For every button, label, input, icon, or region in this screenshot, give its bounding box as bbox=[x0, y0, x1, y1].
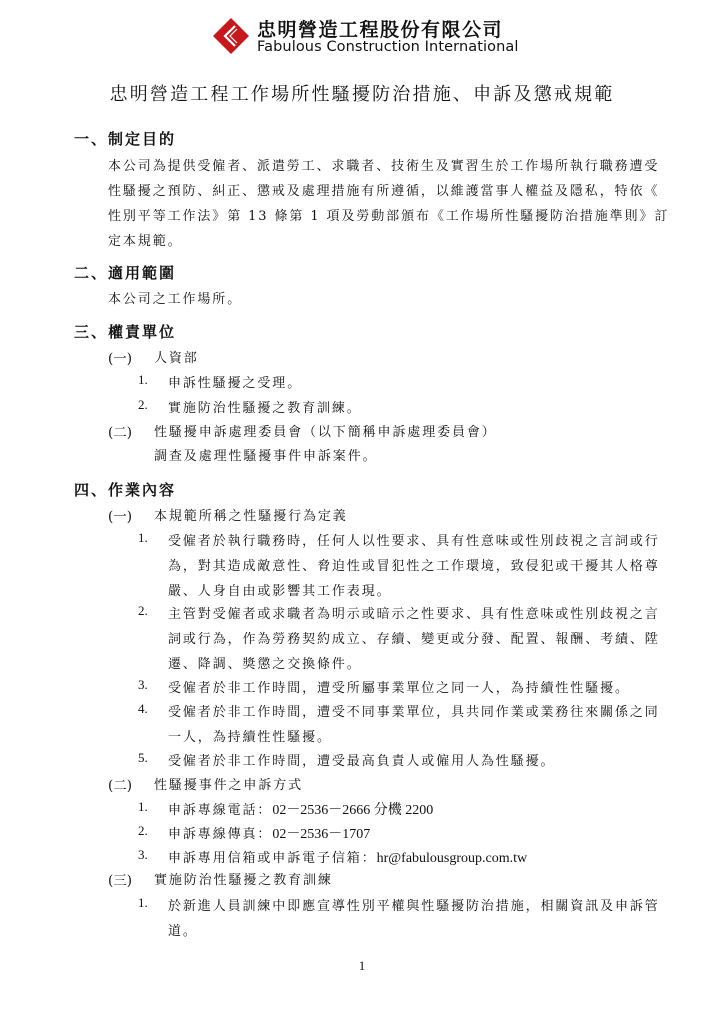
subsection-title: 性騷擾事件之申訴方式 bbox=[154, 774, 303, 793]
complaint-phone-label: 申訴專線電話： bbox=[168, 803, 272, 818]
subsection-line: 調查及處理性騷擾事件申訴案件。 bbox=[154, 445, 378, 464]
company-logo-icon bbox=[213, 18, 249, 54]
section-heading-operations: 四、作業內容 bbox=[74, 479, 176, 500]
item-line: 嚴、人身自由或影響其工作表現。 bbox=[168, 580, 392, 599]
item-line: 一人，為持續性性騷擾。 bbox=[168, 726, 332, 745]
paragraph-line: 性別平等工作法》第 13 條第 1 項及勞動部頒布《工作場所性騷擾防治措施準則》… bbox=[108, 205, 669, 224]
item-number: 5. bbox=[138, 750, 148, 766]
complaint-email-link[interactable]: hr@fabulousgroup.com.tw bbox=[377, 851, 528, 866]
company-name-en: Fabulous Construction International bbox=[257, 39, 519, 55]
item-number: 1. bbox=[138, 372, 148, 388]
section-heading-responsible-units: 三、權責單位 bbox=[74, 321, 176, 342]
item-line: 主管對受僱者或求職者為明示或暗示之性要求、具有性意味或性別歧視之言 bbox=[168, 603, 660, 622]
item-number: 2. bbox=[138, 397, 148, 413]
paragraph-line: 性騷擾之預防、糾正、懲戒及處理措施有所遵循，以維護當事人權益及隱私，特依《 bbox=[108, 180, 659, 199]
paragraph-line: 定本規範。 bbox=[108, 230, 183, 249]
item-line: 受僱者於非工作時間，遭受所屬事業單位之同一人，為持續性性騷擾。 bbox=[168, 677, 630, 696]
section-heading-scope: 二、適用範圍 bbox=[74, 262, 176, 283]
subsection-marker: (二) bbox=[108, 421, 132, 441]
item-number: 1. bbox=[138, 895, 148, 911]
item-number: 1. bbox=[138, 799, 148, 815]
page-number: 1 bbox=[0, 958, 724, 974]
section-heading-purpose: 一、制定目的 bbox=[74, 128, 176, 149]
paragraph-line: 本公司為提供受僱者、派遣勞工、求職者、技術生及實習生於工作場所執行職務遭受 bbox=[108, 155, 659, 174]
item-line: 受僱者於執行職務時，任何人以性要求、具有性意味或性別歧視之言詞或行 bbox=[168, 530, 660, 549]
item-line: 遷、降調、獎懲之交換條件。 bbox=[168, 653, 362, 672]
item-line: 於新進人員訓練中即應宣導性別平權與性騷擾防治措施，相關資訊及申訴管 bbox=[168, 895, 660, 914]
item-number: 4. bbox=[138, 701, 148, 717]
subsection-title: 人資部 bbox=[154, 347, 199, 366]
letterhead: 忠明營造工程股份有限公司 Fabulous Construction Inter… bbox=[213, 12, 523, 58]
complaint-phone: 申訴專線電話：02－2536－2666 分機 2200 bbox=[168, 799, 433, 819]
item-number: 2. bbox=[138, 603, 148, 619]
complaint-phone-value: 02－2536－2666 分機 2200 bbox=[272, 803, 433, 818]
item-line: 受僱者於非工作時間，遭受最高負責人或僱用人為性騷擾。 bbox=[168, 750, 555, 769]
item-number: 2. bbox=[138, 823, 148, 839]
subsection-marker: (一) bbox=[108, 347, 132, 367]
company-name-zh: 忠明營造工程股份有限公司 bbox=[257, 15, 503, 42]
item-line: 受僱者於非工作時間，遭受不同事業單位，具共同作業或業務往來關係之同 bbox=[168, 701, 660, 720]
complaint-fax-label: 申訴專線傳真： bbox=[168, 827, 272, 842]
item-line: 申訴性騷擾之受理。 bbox=[168, 372, 302, 391]
subsection-title: 性騷擾申訴處理委員會（以下簡稱申訴處理委員會） bbox=[154, 421, 497, 440]
complaint-fax: 申訴專線傳真：02－2536－1707 bbox=[168, 823, 370, 843]
document-title: 忠明營造工程工作場所性騷擾防治措施、申訴及懲戒規範 bbox=[0, 80, 724, 106]
item-number: 1. bbox=[138, 530, 148, 546]
complaint-fax-value: 02－2536－1707 bbox=[272, 827, 370, 842]
item-line: 為，對其造成敵意性、脅迫性或冒犯性之工作環境，致侵犯或干擾其人格尊 bbox=[168, 555, 660, 574]
subsection-marker: (三) bbox=[108, 869, 132, 889]
item-line: 實施防治性騷擾之教育訓練。 bbox=[168, 397, 362, 416]
paragraph-line: 本公司之工作場所。 bbox=[108, 288, 242, 307]
subsection-title: 本規範所稱之性騷擾行為定義 bbox=[154, 505, 348, 524]
complaint-email: 申訴專用信箱或申訴電子信箱：hr@fabulousgroup.com.tw bbox=[168, 847, 527, 867]
item-number: 3. bbox=[138, 847, 148, 863]
subsection-title: 實施防治性騷擾之教育訓練 bbox=[154, 869, 333, 888]
subsection-marker: (一) bbox=[108, 505, 132, 525]
item-line: 道。 bbox=[168, 920, 198, 939]
item-line: 詞或行為，作為勞務契約成立、存續、變更或分發、配置、報酬、考績、陞 bbox=[168, 628, 660, 647]
item-number: 3. bbox=[138, 677, 148, 693]
subsection-marker: (二) bbox=[108, 774, 132, 794]
complaint-email-label: 申訴專用信箱或申訴電子信箱： bbox=[168, 851, 377, 866]
